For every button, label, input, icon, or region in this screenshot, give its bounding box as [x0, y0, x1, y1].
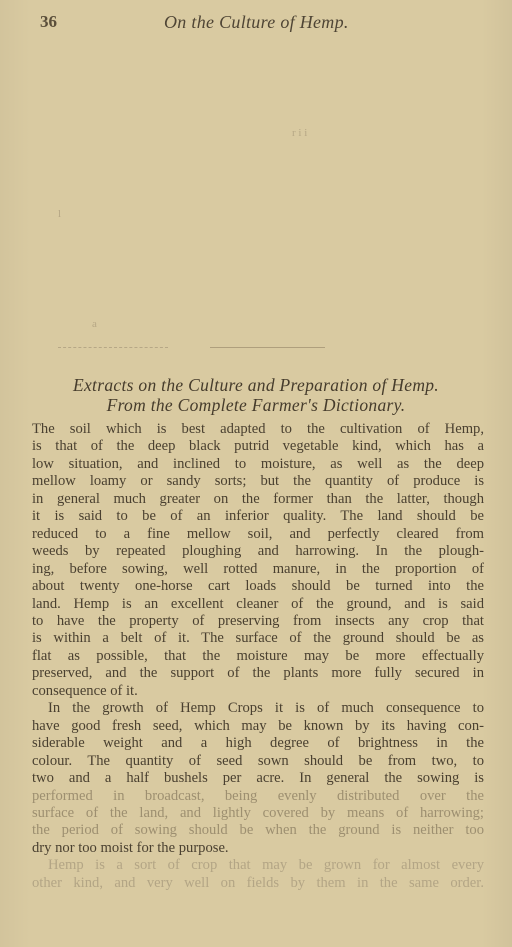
text-line: it is said to be of an inferior quality.…	[32, 508, 484, 525]
text-line: The soil which is best adapted to the cu…	[32, 421, 484, 438]
text-line: is within a belt of it. The surface of t…	[32, 630, 484, 647]
article-heading: Extracts on the Culture and Preparation …	[20, 375, 492, 415]
text-line: other kind, and very well on fields by t…	[32, 875, 484, 892]
article-body: The soil which is best adapted to the cu…	[32, 421, 484, 892]
text-line: dry nor too moist for the purpose.	[32, 840, 484, 857]
paragraph: Hemp is a sort of crop that may be grown…	[32, 857, 484, 892]
running-head: 36 On the Culture of Hemp.	[40, 12, 480, 34]
text-line: weeds by repeated ploughing and harrowin…	[32, 543, 484, 560]
text-line: Hemp is a sort of crop that may be grown…	[32, 857, 484, 874]
text-line: preserved, and the support of the plants…	[32, 665, 484, 682]
text-line: reduced to a fine mellow soil, and perfe…	[32, 526, 484, 543]
text-line: consequence of it.	[32, 683, 484, 700]
faded-show-through-region: r i i l a	[40, 80, 480, 350]
running-title: On the Culture of Hemp.	[164, 12, 349, 33]
faded-dashed-rule	[58, 347, 168, 349]
text-line: to have the property of preserving from …	[32, 613, 484, 630]
article-title: Extracts on the Culture and Preparation …	[20, 375, 492, 395]
text-line: in general much greater on the former th…	[32, 491, 484, 508]
text-line: land. Hemp is an excellent cleaner of th…	[32, 596, 484, 613]
text-line: low situation, and inclined to moisture,…	[32, 456, 484, 473]
text-line: flat as possible, that the moisture may …	[32, 648, 484, 665]
text-line: surface of the land, and lightly covered…	[32, 805, 484, 822]
faded-mark: l	[58, 208, 61, 220]
text-line: the period of sowing should be when the …	[32, 822, 484, 839]
article-source: From the Complete Farmer's Dictionary.	[20, 395, 492, 415]
faded-mark: a	[92, 318, 97, 330]
text-line: mellow loamy or sandy sorts; but the qua…	[32, 473, 484, 490]
text-line: siderable weight and a high degree of br…	[32, 735, 484, 752]
text-line: about twenty one-horse cart loads should…	[32, 578, 484, 595]
section-divider-rule	[210, 347, 325, 348]
text-line: two and a half bushels per acre. In gene…	[32, 770, 484, 787]
text-line: performed in broadcast, being evenly dis…	[32, 788, 484, 805]
text-line: colour. The quantity of seed sown should…	[32, 753, 484, 770]
page-number: 36	[40, 12, 57, 32]
book-page: 36 On the Culture of Hemp. r i i l a Ext…	[0, 0, 512, 947]
text-line: ing, before sowing, well rotted manure, …	[32, 561, 484, 578]
text-line: is that of the deep black putrid vegetab…	[32, 438, 484, 455]
faded-mark: r i i	[292, 127, 307, 139]
paragraph: In the growth of Hemp Crops it is of muc…	[32, 700, 484, 857]
paragraph: The soil which is best adapted to the cu…	[32, 421, 484, 700]
text-line: In the growth of Hemp Crops it is of muc…	[32, 700, 484, 717]
text-line: have good fresh seed, which may be known…	[32, 718, 484, 735]
